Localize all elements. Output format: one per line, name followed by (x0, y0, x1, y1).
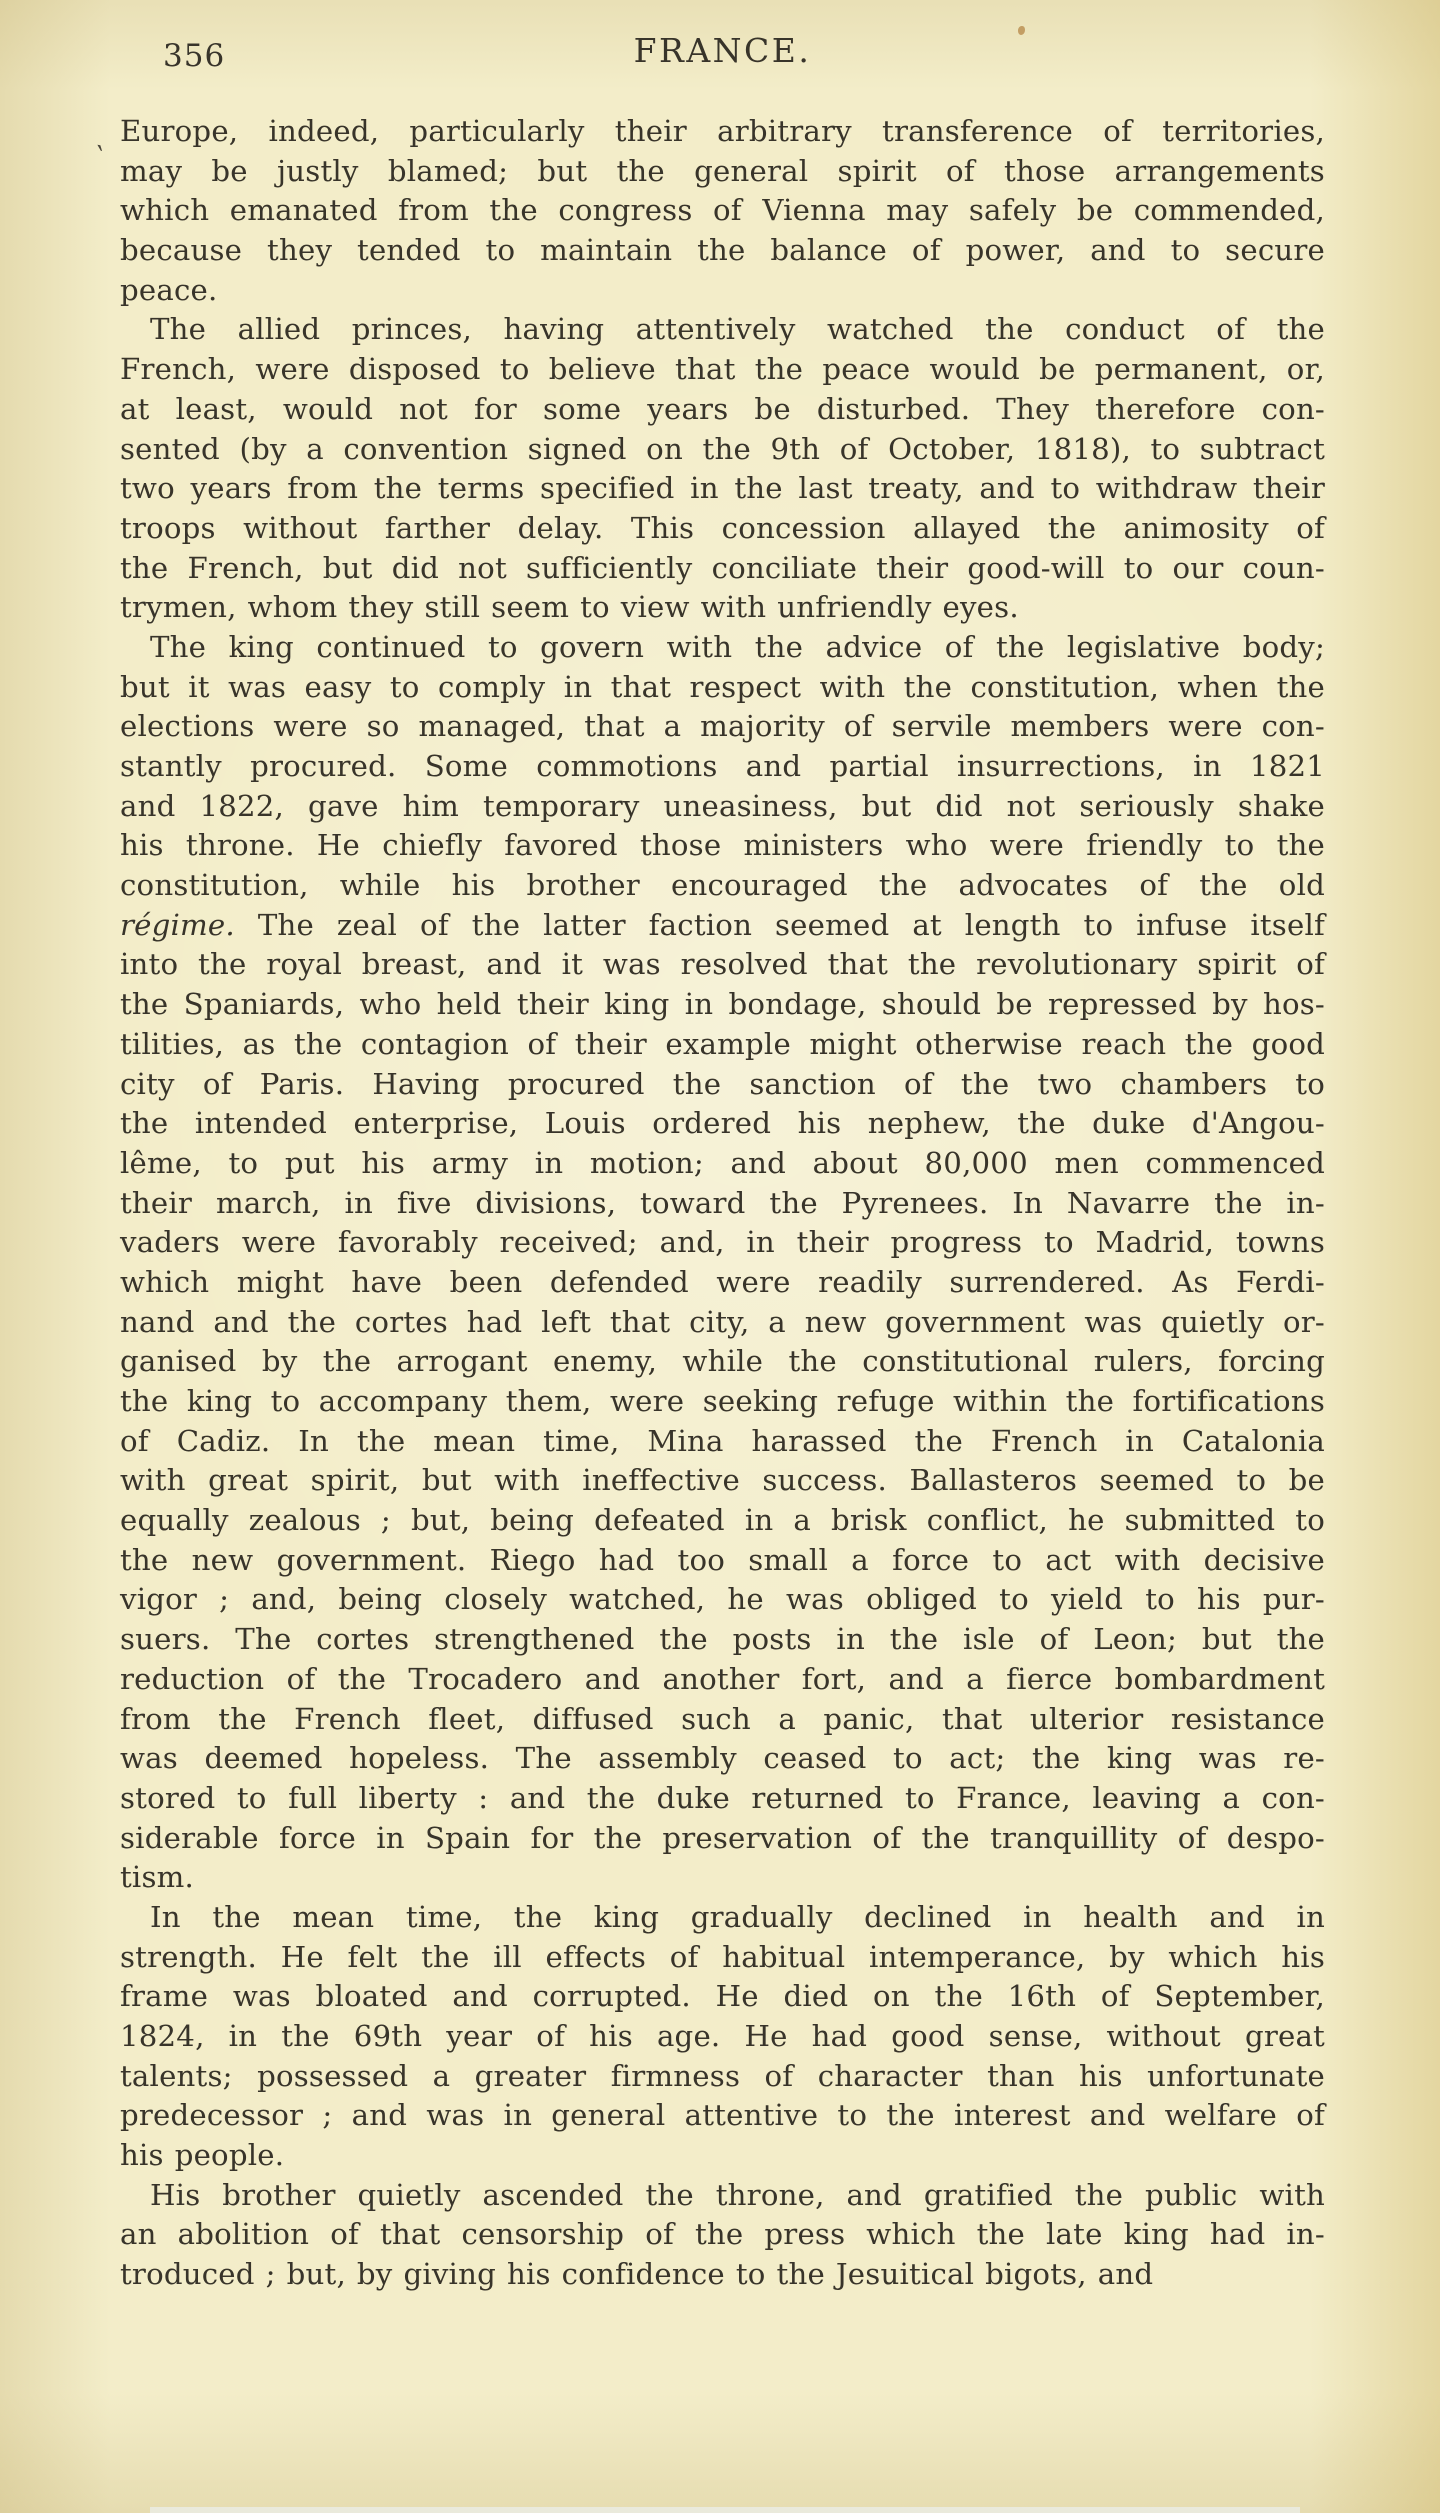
text-line: the Spaniards, who held their king in bo… (120, 985, 1325, 1025)
text-line: stantly procured. Some commotions and pa… (120, 747, 1325, 787)
text-line: suers. The cortes strengthened the posts… (120, 1620, 1325, 1660)
text-line: siderable force in Spain for the preserv… (120, 1819, 1325, 1859)
text-line: because they tended to maintain the bala… (120, 231, 1325, 271)
text-line: was deemed hopeless. The assembly ceased… (120, 1739, 1325, 1779)
text-line: the French, but did not sufficiently con… (120, 549, 1325, 589)
text-line: with great spirit, but with ineffective … (120, 1461, 1325, 1501)
text-line: predecessor ; and was in general attenti… (120, 2096, 1325, 2136)
paragraph: The king continued to govern with the ad… (120, 628, 1325, 1898)
scanned-book-page: 356 FRANCE. ‵ Europe, indeed, particular… (0, 0, 1440, 2513)
paragraph: His brother quietly ascended the throne,… (120, 2176, 1325, 2295)
text-line: 1824, in the 69th year of his age. He ha… (120, 2017, 1325, 2057)
text-line: In the mean time, the king gradually dec… (120, 1898, 1325, 1938)
text-line: The king continued to govern with the ad… (120, 628, 1325, 668)
text-line: vaders were favorably received; and, in … (120, 1223, 1325, 1263)
text-line: reduction of the Trocadero and another f… (120, 1660, 1325, 1700)
text-line: frame was bloated and corrupted. He died… (120, 1977, 1325, 2017)
text-line: nand and the cortes had left that city, … (120, 1303, 1325, 1343)
text-line: strength. He felt the ill effects of hab… (120, 1938, 1325, 1978)
text-line: into the royal breast, and it was resolv… (120, 945, 1325, 985)
text-line: may be justly blamed; but the general sp… (120, 152, 1325, 192)
text-line: their march, in five divisions, toward t… (120, 1184, 1325, 1224)
text-line: equally zealous ; but, being defeated in… (120, 1501, 1325, 1541)
text-line: régime. The zeal of the latter faction s… (120, 906, 1325, 946)
text-line: but it was easy to comply in that respec… (120, 668, 1325, 708)
text-line: trymen, whom they still seem to view wit… (120, 588, 1325, 628)
running-title: FRANCE. (120, 31, 1325, 70)
text-line: which emanated from the congress of Vien… (120, 191, 1325, 231)
paragraph: The allied princes, having attentively w… (120, 310, 1325, 628)
text-line: Europe, indeed, particularly their arbit… (120, 112, 1325, 152)
text-line: stored to full liberty : and the duke re… (120, 1779, 1325, 1819)
text-line: the intended enterprise, Louis ordered h… (120, 1104, 1325, 1144)
text-line: tism. (120, 1858, 1325, 1898)
text-line: the new government. Riego had too small … (120, 1541, 1325, 1581)
text-line: which might have been defended were read… (120, 1263, 1325, 1303)
text-line: The allied princes, having attentively w… (120, 310, 1325, 350)
text-line: city of Paris. Having procured the sanct… (120, 1065, 1325, 1105)
text-line: an abolition of that censorship of the p… (120, 2215, 1325, 2255)
text-line: sented (by a convention signed on the 9t… (120, 430, 1325, 470)
body-text: Europe, indeed, particularly their arbit… (120, 112, 1325, 2295)
text-line: at least, would not for some years be di… (120, 390, 1325, 430)
text-line: constitution, while his brother encourag… (120, 866, 1325, 906)
text-line: peace. (120, 271, 1325, 311)
margin-pencil-mark: ‵ (93, 140, 105, 176)
text-line: his people. (120, 2136, 1325, 2176)
scan-bottom-strip (150, 2507, 1300, 2513)
paragraph: In the mean time, the king gradually dec… (120, 1898, 1325, 2176)
text-line: of Cadiz. In the mean time, Mina harasse… (120, 1422, 1325, 1462)
text-line: troops without farther delay. This conce… (120, 509, 1325, 549)
text-line: tilities, as the contagion of their exam… (120, 1025, 1325, 1065)
paragraph: Europe, indeed, particularly their arbit… (120, 112, 1325, 310)
text-line: his throne. He chiefly favored those min… (120, 826, 1325, 866)
text-line: vigor ; and, being closely watched, he w… (120, 1580, 1325, 1620)
text-line: and 1822, gave him temporary uneasiness,… (120, 787, 1325, 827)
text-line: French, were disposed to believe that th… (120, 350, 1325, 390)
text-line: the king to accompany them, were seeking… (120, 1382, 1325, 1422)
text-line: two years from the terms specified in th… (120, 469, 1325, 509)
text-line: elections were so managed, that a majori… (120, 707, 1325, 747)
text-line: talents; possessed a greater firmness of… (120, 2057, 1325, 2097)
text-line: lême, to put his army in motion; and abo… (120, 1144, 1325, 1184)
text-line: ganised by the arrogant enemy, while the… (120, 1342, 1325, 1382)
text-line: from the French fleet, diffused such a p… (120, 1700, 1325, 1740)
text-line: troduced ; but, by giving his confidence… (120, 2255, 1325, 2295)
text-line: His brother quietly ascended the throne,… (120, 2176, 1325, 2216)
